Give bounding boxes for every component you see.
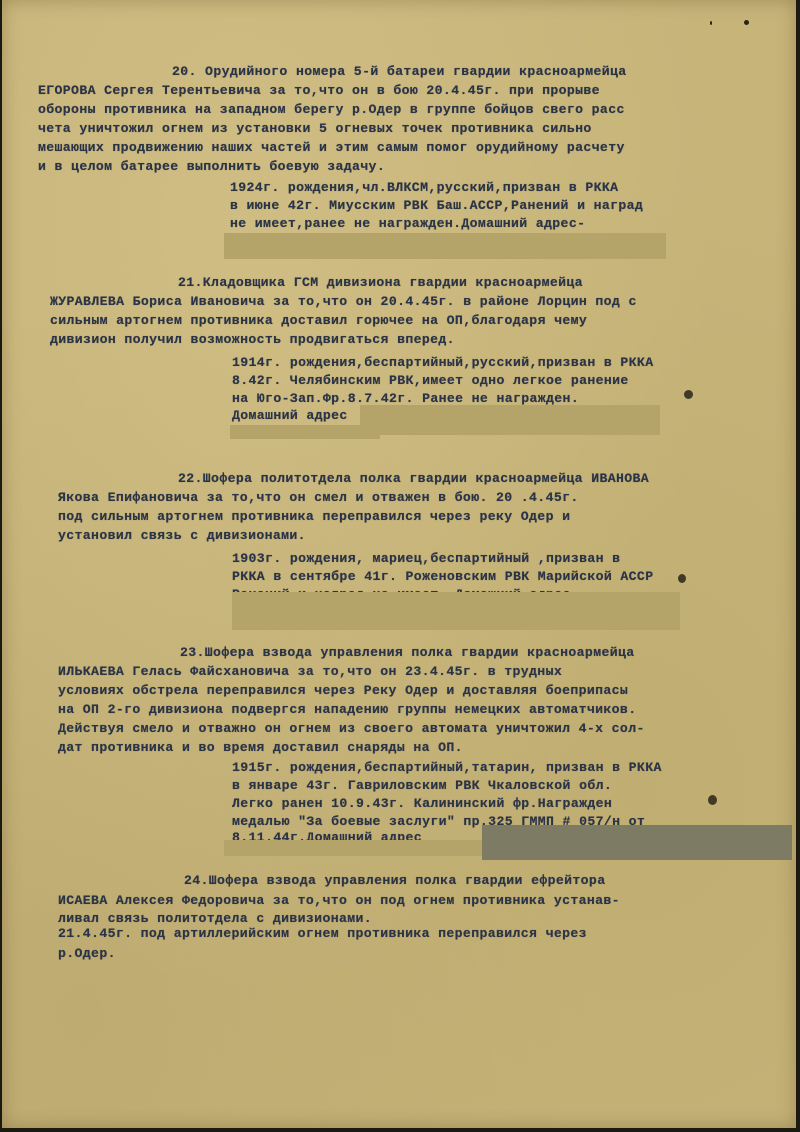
document-page: 20. Орудийного номера 5-й батареи гварди… xyxy=(2,0,796,1128)
entry-line: 21.Кладовщика ГСМ дивизиона гвардии крас… xyxy=(178,275,583,291)
bio-line: в январе 43г. Гавриловским РВК Чкаловско… xyxy=(232,778,612,794)
entry-line: мешающих продвижению наших частей и этим… xyxy=(38,140,625,156)
bio-line: 1914г. рождения,беспартийный,русский,при… xyxy=(232,355,653,371)
bio-line: Домашний адрес xyxy=(232,408,348,424)
entry-line: 24.Шофера взвода управления полка гварди… xyxy=(184,873,605,889)
entry-line: 20. Орудийного номера 5-й батареи гварди… xyxy=(172,64,627,80)
entry-line: Действуя смело и отважно он огнем из сво… xyxy=(58,721,645,737)
entry-line: 21.4.45г. под артиллерийским огнем проти… xyxy=(58,926,587,942)
bio-line: не имеет,ранее не награжден.Домашний адр… xyxy=(230,216,585,232)
redacted-address-21 xyxy=(360,405,660,435)
paper-speck xyxy=(710,21,712,25)
entry-line: 22.Шофера политотдела полка гвардии крас… xyxy=(178,471,649,487)
redacted-address-23 xyxy=(224,840,486,856)
bio-line: РККА в сентябре 41г. Роженовским РВК Мар… xyxy=(232,569,653,585)
ink-blot xyxy=(708,795,717,805)
redacted-address-20 xyxy=(224,233,666,259)
bio-line: 1915г. рождения,беспартийный,татарин, пр… xyxy=(232,760,662,776)
entry-line: на ОП 2-го дивизиона подвергся нападению… xyxy=(58,702,636,718)
entry-line: ЖУРАВЛЕВА Бориса Ивановича за то,что он … xyxy=(50,294,637,310)
entry-line: ливал связь политотдела с дивизионами. xyxy=(58,911,372,927)
entry-line: 23.Шофера взвода управления полка гварди… xyxy=(180,645,635,661)
entry-line: под сильным артогнем противника переправ… xyxy=(58,509,570,525)
entry-line: р.Одер. xyxy=(58,946,116,962)
bio-line: 1903г. рождения, мариец,беспартийный ,пр… xyxy=(232,551,620,567)
bio-line: 1924г. рождения,чл.ВЛКСМ,русский,призван… xyxy=(230,180,618,196)
entry-line: Якова Епифановича за то,что он смел и от… xyxy=(58,490,579,506)
entry-line: ЕГОРОВА Сергея Терентьевича за то,что он… xyxy=(38,83,600,99)
entry-line: ИСАЕВА Алексея Федоровича за то,что он п… xyxy=(58,893,620,909)
bio-line: 8.42г. Челябинским РВК,имеет одно легкое… xyxy=(232,373,629,389)
entry-line: установил связь с дивизионами. xyxy=(58,528,306,544)
entry-line: и в целом батарее выполнить боевую задач… xyxy=(38,159,385,175)
entry-line: ИЛЬКАЕВА Гелась Файсхановича за то,что о… xyxy=(58,664,562,680)
bio-line: Легко ранен 10.9.43г. Калининский фр.Наг… xyxy=(232,796,612,812)
paper-speck xyxy=(744,20,749,25)
entry-line: чета уничтожил огнем из установки 5 огне… xyxy=(38,121,592,137)
entry-line: сильным артогнем противника доставил гор… xyxy=(50,313,587,329)
entry-line: обороны противника на западном берегу р.… xyxy=(38,102,625,118)
ink-blot xyxy=(684,390,693,399)
entry-line: дивизион получил возможность продвигатьс… xyxy=(50,332,455,348)
bio-line: в июне 42г. Миусским РВК Баш.АССР,Ранени… xyxy=(230,198,643,214)
ink-blot xyxy=(678,574,686,583)
redacted-address-22 xyxy=(232,592,680,630)
entry-line: дат противника и во время доставил снаря… xyxy=(58,740,463,756)
redacted-address-21-line2 xyxy=(230,425,380,439)
entry-line: условиях обстрела переправился через Рек… xyxy=(58,683,628,699)
redacted-address-23-dark xyxy=(482,825,792,860)
